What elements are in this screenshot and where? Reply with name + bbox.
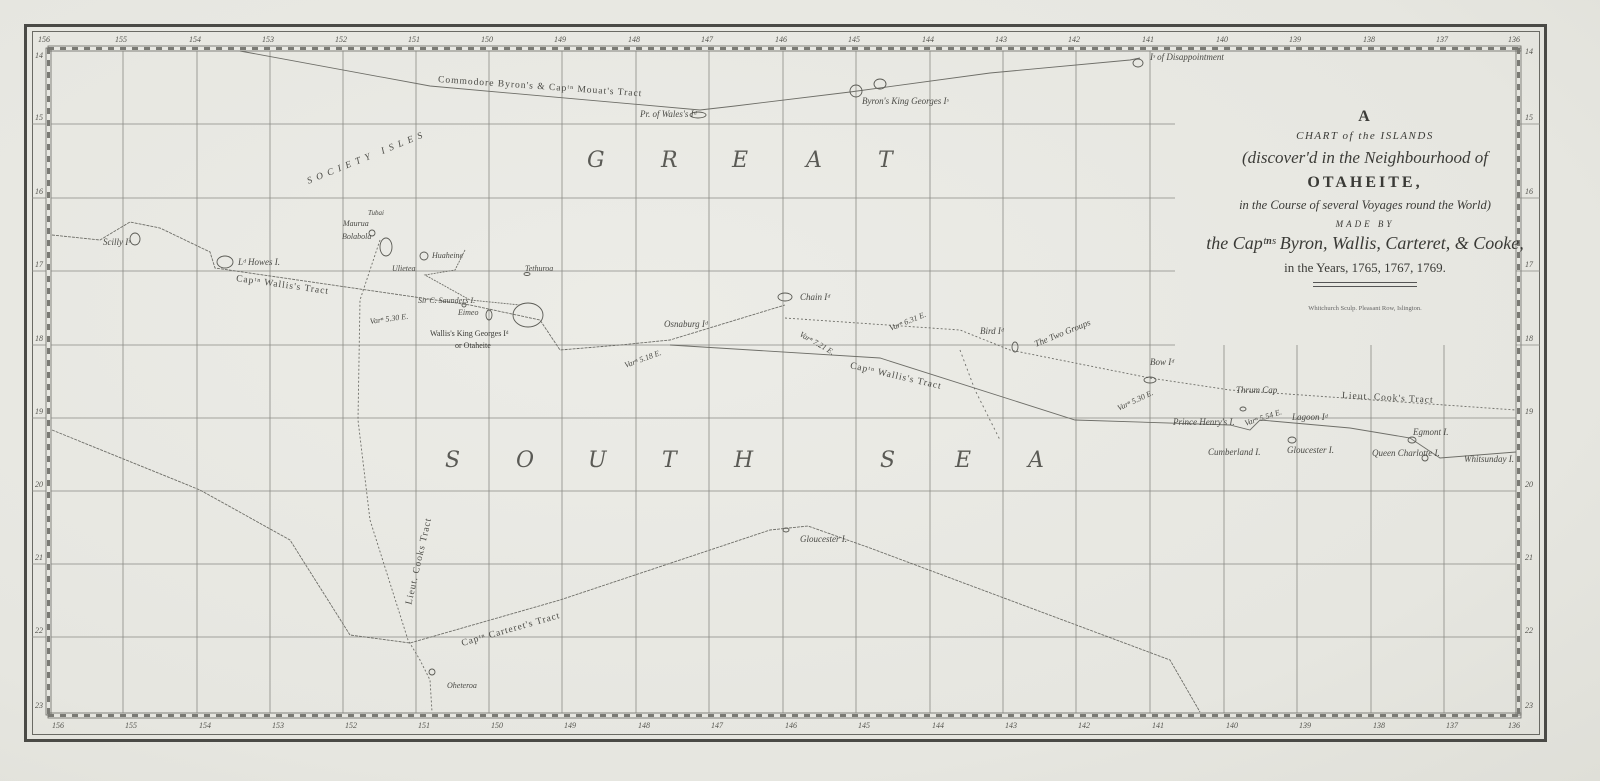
lon-tick: 144 [922,36,934,44]
sea-letter: E [955,450,971,472]
island-label: Prince Henry's I. [1173,418,1235,427]
island-label: Huaheine [432,252,463,260]
lon-tick: 137 [1436,36,1448,44]
lat-tick: 23 [1525,702,1533,710]
island-label: Lᵈ Howes I. [238,258,280,267]
sea-letter: T [878,150,893,172]
island-label: Tethuroa [525,265,553,273]
lat-tick: 14 [35,52,43,60]
lat-tick: 22 [35,627,43,635]
lon-tick: 146 [785,722,797,730]
lon-tick: 154 [189,36,201,44]
title-chart-of-islands: CHART of the ISLANDS [1185,130,1545,142]
lon-tick: 153 [262,36,274,44]
lat-tick: 23 [35,702,43,710]
island-label: Queen Charlotte I. [1372,449,1440,458]
sea-letter: S [445,450,460,472]
lat-tick: 18 [35,335,43,343]
lon-tick: 149 [564,722,576,730]
lon-tick: 147 [701,36,713,44]
lon-tick: 137 [1446,722,1458,730]
sea-letter: G [587,150,605,172]
island-label: Gloucester I. [800,535,847,544]
lon-tick: 149 [554,36,566,44]
lat-tick: 18 [1525,335,1533,343]
lon-tick: 155 [125,722,137,730]
lon-tick: 138 [1363,36,1375,44]
lon-tick: 136 [1508,36,1520,44]
island-label: Sir C. Saunders I. [418,297,475,305]
lon-tick: 146 [775,36,787,44]
sea-letter: A [1028,450,1044,472]
sea-letter: A [806,150,822,172]
lon-tick: 139 [1289,36,1301,44]
cook-track-spur [960,350,1000,440]
island-label: Oheteroa [447,682,477,690]
island-label: Pr. of Wales's Iᵈ [640,110,696,119]
title-captains: the Capᵗⁿˢ Byron, Wallis, Carteret, & Co… [1185,233,1545,254]
lon-tick: 150 [481,36,493,44]
island-label-eimeo: Eimeo [458,309,478,317]
lon-tick: 136 [1508,722,1520,730]
lon-tick: 138 [1373,722,1385,730]
lat-tick: 21 [35,554,43,562]
lon-tick: 150 [491,722,503,730]
island-label: Egmont I. [1413,428,1449,437]
island-label: Wallis's King Georges Iᵈ [430,330,508,338]
island-label: Scilly Iˢ [103,238,130,247]
lat-tick: 20 [1525,481,1533,489]
title-a: A [1185,108,1545,126]
lon-tick: 155 [115,36,127,44]
lon-tick: 143 [1005,722,1017,730]
lon-tick: 145 [848,36,860,44]
lon-tick: 145 [858,722,870,730]
island-label: Bird Iᵈ [980,327,1004,336]
lon-tick: 140 [1226,722,1238,730]
lon-tick: 148 [638,722,650,730]
lat-tick: 19 [35,408,43,416]
lat-tick: 21 [1525,554,1533,562]
island-label: Bolabola [342,233,371,241]
lat-tick: 22 [1525,627,1533,635]
title-course: in the Course of several Voyages round t… [1185,198,1545,213]
lat-tick: 19 [1525,408,1533,416]
lon-tick: 141 [1152,722,1164,730]
title-discovered: (discover'd in the Neighbourhood of [1185,148,1545,168]
island-label: Maurua [343,220,369,228]
island-label: Cumberland I. [1208,448,1261,457]
byron-track [240,51,1140,110]
lon-tick: 148 [628,36,640,44]
sea-letter: H [734,450,753,472]
sea-letter: O [516,450,534,472]
island-label: Thrum Cap [1236,386,1277,395]
lon-tick: 154 [199,722,211,730]
lat-tick: 17 [35,261,43,269]
lon-tick: 141 [1142,36,1154,44]
lon-tick: 156 [38,36,50,44]
lon-tick: 152 [345,722,357,730]
lat-tick: 20 [35,481,43,489]
island-label: Iˢ of Disappointment [1150,53,1224,62]
title-divider [1313,282,1417,287]
lon-tick: 140 [1216,36,1228,44]
lon-tick: 143 [995,36,1007,44]
lon-tick: 151 [408,36,420,44]
island-label: Osnaburg Iᵈ [664,320,708,329]
title-made-by: MADE BY [1185,219,1545,229]
island-label: Tubai [368,210,384,217]
island-label: Ulietea [392,265,416,273]
lat-tick: 16 [35,188,43,196]
island-label: or Otaheite [455,342,491,350]
lat-tick: 14 [1525,48,1533,56]
lon-tick: 142 [1078,722,1090,730]
lon-tick: 151 [418,722,430,730]
lon-tick: 139 [1299,722,1311,730]
sea-letter: U [588,450,607,472]
sea-letter: E [732,150,748,172]
title-cartouche: A CHART of the ISLANDS (discover'd in th… [1185,108,1545,312]
island-label: Lagoon Iᵈ [1292,413,1328,422]
island-label: Gloucester I. [1287,446,1334,455]
lon-tick: 156 [52,722,64,730]
title-years: in the Years, 1765, 1767, 1769. [1185,260,1545,276]
island-label: Bow Iᵈ [1150,358,1174,367]
sea-letter: T [662,450,677,472]
wallis-track-west [52,222,785,350]
island-label: Byron's King Georges Iˢ [862,97,948,106]
lon-tick: 147 [711,722,723,730]
lon-tick: 144 [932,722,944,730]
engraver-credit: Whitchurch Sculp. Pleasant Row, Islingto… [1185,305,1545,312]
sea-letter: S [880,450,895,472]
lon-tick: 153 [272,722,284,730]
sea-letter: R [661,150,678,172]
lon-tick: 142 [1068,36,1080,44]
island-label: Chain Iᵈ [800,293,830,302]
lat-tick: 15 [35,114,43,122]
island-label: Whitsunday I. [1464,455,1514,464]
title-otaheite: OTAHEITE, [1185,174,1545,192]
lon-tick: 152 [335,36,347,44]
